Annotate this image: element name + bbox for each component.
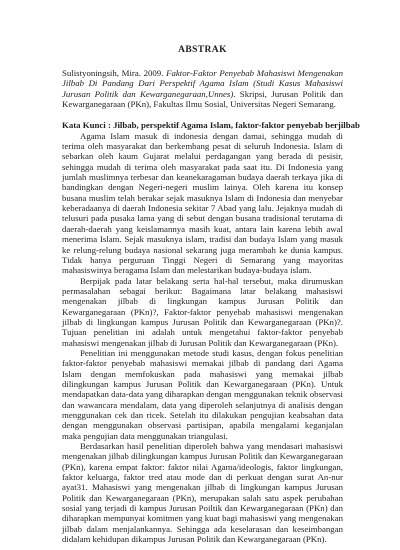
abstract-paragraph-method: Penelitian ini menggunakan metode studi …	[62, 348, 343, 441]
abstract-page: ABSTRAK Sulistyoningsih, Mira. 2009. Fak…	[0, 0, 400, 550]
keywords-line: Kata Kunci : Jilbab, perspektif Agama Is…	[62, 120, 343, 130]
abstract-body: Agama Islam masuk di indonesia dengan da…	[62, 131, 343, 545]
abstract-paragraph-problem-statement: Berpijak pada latar belakang serta hal-h…	[62, 276, 343, 348]
abstract-paragraph-background: Agama Islam masuk di indonesia dengan da…	[62, 131, 343, 276]
page-title: ABSTRAK	[62, 45, 343, 55]
citation: Sulistyoningsih, Mira. 2009. Faktor-Fakt…	[62, 68, 343, 109]
citation-author-year: Sulistyoningsih, Mira. 2009.	[62, 68, 166, 78]
abstract-paragraph-results: Berdasarkan hasil penelitian diperoleh b…	[62, 441, 343, 544]
